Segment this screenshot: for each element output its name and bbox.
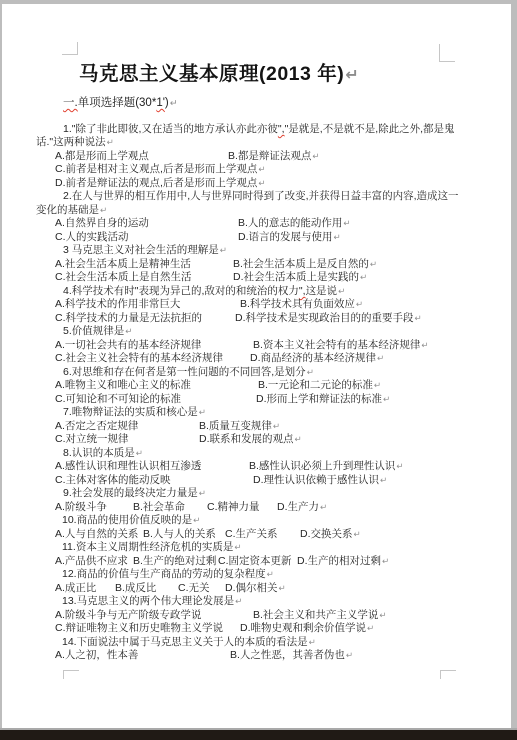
text-run: 11.资本主义周期性经济危机的实质是	[62, 541, 233, 553]
text-run: A.自然界自身的运动	[55, 217, 149, 229]
paragraph-mark-icon: ↵	[199, 488, 206, 498]
text-run: C.社会主义社会特有的基本经济规律	[55, 352, 223, 364]
option-line: A.社会生活本质上是精神生活B.社会生活本质上是反自然的↵	[0, 256, 517, 270]
text-run: D.联系和发展的观点	[199, 433, 294, 445]
text-segment: D.商品经济的基本经济规律↵	[250, 350, 384, 365]
text-segment: 13.马克思主义的两个伟大理论发展是↵	[62, 593, 242, 608]
paragraph-mark-icon: ↵	[267, 569, 274, 579]
paragraph-mark-icon: ↵	[125, 326, 132, 336]
paragraph-mark-icon: ↵	[354, 529, 361, 539]
paragraph-mark-icon: ↵	[295, 434, 302, 444]
paragraph-mark-icon: ↵	[346, 650, 353, 660]
option-line: A.自然界自身的运动B.人的意志的能动作用↵	[0, 215, 517, 229]
continuation-line: 话."这两种说法↵	[0, 134, 517, 148]
question-line: 9.社会发展的最终决定力量是↵	[0, 485, 517, 499]
option-line: C.社会主义社会特有的基本经济规律D.商品经济的基本经济规律↵	[0, 350, 517, 364]
paragraph-mark-icon: ↵	[374, 380, 381, 390]
window-right-edge	[511, 4, 517, 729]
paragraph-mark-icon: ↵	[100, 205, 107, 215]
text-segment: B.科学技术具有负面效应↵	[240, 296, 363, 311]
paragraph-mark-icon: ↵	[307, 367, 314, 377]
text-segment: 2.在人与世界的相互作用中,人与世界同时得到了改变,并获得日益丰富的内容,造成这…	[63, 188, 459, 203]
text-segment: B.人的意志的能动作用↵	[238, 215, 351, 230]
text-run: 10.商品的使用价值反映的是	[62, 514, 192, 526]
paragraph-mark-icon: ↵	[258, 164, 265, 174]
question-line: 3 马克思主义对社会生活的理解是↵	[0, 242, 517, 256]
paragraph-mark-icon: ↵	[312, 151, 319, 161]
text-segment: B.一元论和二元论的标准↵	[258, 377, 381, 392]
text-run: B.感性认识必须上升到理性认识	[249, 460, 395, 472]
paragraph-mark-icon: ↵	[367, 623, 374, 633]
option-line: A.唯物主义和唯心主义的标准B.一元论和二元论的标准↵	[0, 377, 517, 391]
question-line: 14.下面说法中属于马克思主义关于人的本质的看法是↵	[0, 634, 517, 648]
text-run: 7.唯物辩证法的实质和核心是	[63, 406, 198, 418]
paragraph-mark-icon: ↵	[356, 299, 363, 309]
text-run: C.辩证唯物主义和历史唯物主义学说	[55, 622, 223, 634]
question-line: 1."除了非此即彼,又在适当的地方承认亦此亦彼","是就是,不是就不是,除此之外…	[0, 121, 517, 135]
paragraph-mark-icon: ↵	[338, 286, 345, 296]
paragraph-mark-icon: ↵	[343, 218, 350, 228]
text-segment: D.社会生活本质上是实践的↵	[233, 269, 367, 284]
paragraph-mark-icon: ↵	[199, 407, 206, 417]
option-line: A.人与自然的关系B.人与人的关系C.生产关系D.交换关系↵	[0, 526, 517, 540]
paragraph-mark-icon: ↵	[309, 637, 316, 647]
paragraph-mark-icon: ↵	[334, 232, 341, 242]
text-run: 2.在人与世界的相互作用中,人与世界同时得到了改变,并获得日益丰富的内容,造成这…	[63, 190, 459, 202]
text-run: A.感性认识和理性认识相互渗透	[55, 460, 201, 472]
option-line: D.前者是辩证法的观点,后者是形而上学观点↵	[0, 175, 517, 189]
question-line: 5.价值规律是↵	[0, 323, 517, 337]
text-run: B.一元论和二元论的标准	[258, 379, 373, 391]
option-line: A.人之初，性本善B.人之性恶，其善者伪也↵	[0, 647, 517, 661]
option-line: C.科学技术的力量是无法抗拒的D.科学技术是实现政治目的的重要手段↵	[0, 310, 517, 324]
option-line: A.阶级斗争B.社会革命C.精神力量D.生产力↵	[0, 499, 517, 513]
page-canvas[interactable]: 马克思主义基本原理(2013 年)↵一.单项选择题(30*1')↵1."除了非此…	[0, 0, 517, 740]
text-run: B.科学技术具有负面效应	[240, 298, 355, 310]
option-line: C.对立统一规律D.联系和发展的观点↵	[0, 431, 517, 445]
paragraph-mark-icon: ↵	[193, 515, 200, 525]
text-segment: C.对立统一规律	[55, 431, 129, 446]
text-segment: C.社会生活本质上是自然生活	[55, 269, 192, 284]
spellcheck-squiggle: 1'	[156, 97, 165, 109]
text-run: A.科学技术的作用非常巨大	[55, 298, 180, 310]
text-segment: 马克思主义基本原理(2013 年)↵	[79, 58, 359, 86]
paragraph-mark-icon: ↵	[170, 97, 178, 108]
paragraph-mark-icon: ↵	[279, 583, 286, 593]
option-line: A.都是形而上学观点B.都是辩证法观点↵	[0, 148, 517, 162]
text-segment: 5.价值规律是↵	[63, 323, 132, 338]
paragraph-mark-icon: ↵	[383, 394, 390, 404]
text-segment: C.辩证唯物主义和历史唯物主义学说	[55, 620, 223, 635]
paragraph-mark-icon: ↵	[370, 259, 377, 269]
crop-mark-bottom-left	[63, 670, 79, 679]
paragraph-mark-icon: ↵	[360, 272, 367, 282]
text-run: 马克思主义基本原理(2013 年)	[79, 63, 344, 85]
paragraph-mark-icon: ↵	[107, 137, 114, 147]
spellcheck-squiggle: 一.	[63, 97, 78, 109]
question-line: 7.唯物辩证法的实质和核心是↵	[0, 404, 517, 418]
text-run: D.唯物史观和剩余价值学说	[240, 622, 366, 634]
option-line: A.一切社会共有的基本经济规律B.资本主义社会特有的基本经济规律↵	[0, 337, 517, 351]
question-line: 4.科学技术有时"表现为异己的,敌对的和统治的权力",这是说↵	[0, 283, 517, 297]
text-segment: 9.社会发展的最终决定力量是↵	[63, 485, 206, 500]
text-segment: B.人之性恶，其善者伪也↵	[230, 647, 353, 662]
option-line: C.人的实践活动D.语言的发展与使用↵	[0, 229, 517, 243]
text-run: D.社会生活本质上是实践的	[233, 271, 359, 283]
text-segment: D.联系和发展的观点↵	[199, 431, 302, 446]
text-segment: 7.唯物辩证法的实质和核心是↵	[63, 404, 206, 419]
paragraph-mark-icon: ↵	[220, 245, 227, 255]
option-line: A.阶级斗争与无产阶级专政学说B.社会主义和共产主义学说↵	[0, 607, 517, 621]
text-run: C.社会生活本质上是自然生活	[55, 271, 192, 283]
text-run: 13.马克思主义的两个伟大理论发展是	[62, 595, 234, 607]
crop-mark-bottom-right	[440, 670, 456, 679]
text-run: 5.价值规律是	[63, 325, 124, 337]
option-line: A.否定之否定规律B.质量互变规律↵	[0, 418, 517, 432]
paragraph-mark-icon: ↵	[377, 353, 384, 363]
section-heading: 一.单项选择题(30*1')↵	[0, 94, 517, 108]
option-line: A.科学技术的作用非常巨大B.科学技术具有负面效应↵	[0, 296, 517, 310]
text-segment: 3 马克思主义对社会生活的理解是↵	[63, 242, 227, 257]
text-run: A.唯物主义和唯心主义的标准	[55, 379, 191, 391]
text-segment: A.唯物主义和唯心主义的标准	[55, 377, 191, 392]
option-line: A.产品供不应求B.生产的绝对过剩C.固定资本更新D.生产的相对过剩↵	[0, 553, 517, 567]
text-run: 单项选择题(30*	[78, 97, 157, 109]
text-segment: C.前者是相对主义观点,后者是形而上学观点↵	[55, 161, 266, 176]
crop-mark-top-left	[62, 42, 78, 55]
text-segment: 10.商品的使用价值反映的是↵	[62, 512, 200, 527]
paragraph-mark-icon: ↵	[258, 178, 265, 188]
paragraph-mark-icon: ↵	[320, 502, 327, 512]
text-segment: C.社会主义社会特有的基本经济规律	[55, 350, 223, 365]
text-run: 话."这两种说法	[36, 136, 106, 148]
option-line: C.前者是相对主义观点,后者是形而上学观点↵	[0, 161, 517, 175]
paragraph-mark-icon: ↵	[235, 596, 242, 606]
text-segment: B.感性认识必须上升到理性认识↵	[249, 458, 404, 473]
question-line: 13.马克思主义的两个伟大理论发展是↵	[0, 593, 517, 607]
option-line: C.可知论和不可知论的标准D.形而上学和辩证法的标准↵	[0, 391, 517, 405]
text-run: B.人的意志的能动作用	[238, 217, 342, 229]
text-segment: A.感性认识和理性认识相互渗透	[55, 458, 201, 473]
text-segment: A.自然界自身的运动	[55, 215, 149, 230]
crop-mark-top-right	[439, 44, 455, 62]
question-line: 10.商品的使用价值反映的是↵	[0, 512, 517, 526]
text-segment: 话."这两种说法↵	[36, 134, 114, 149]
paragraph-mark-icon: ↵	[379, 610, 386, 620]
window-top-edge	[0, 0, 517, 4]
paragraph-mark-icon: ↵	[380, 475, 387, 485]
paragraph-mark-icon: ↵	[382, 556, 389, 566]
text-run: C.前者是相对主义观点,后者是形而上学观点	[55, 163, 257, 175]
option-line: C.社会生活本质上是自然生活D.社会生活本质上是实践的↵	[0, 269, 517, 283]
text-run: A.人之初，性本善	[55, 649, 138, 661]
continuation-line: 变化的基础是↵	[0, 202, 517, 216]
question-line: 8.认识的本质是↵	[0, 445, 517, 459]
option-line: A.成正比B.成反比C.无关D.偶尔相关↵	[0, 580, 517, 594]
text-run: D.商品经济的基本经济规律	[250, 352, 376, 364]
paragraph-mark-icon: ↵	[345, 67, 359, 84]
text-run: C.对立统一规律	[55, 433, 129, 445]
paragraph-mark-icon: ↵	[421, 340, 428, 350]
text-run: )	[165, 97, 169, 109]
paragraph-mark-icon: ↵	[396, 461, 403, 471]
text-segment: 11.资本主义周期性经济危机的实质是↵	[62, 539, 242, 554]
option-line: C.辩证唯物主义和历史唯物主义学说D.唯物史观和剩余价值学说↵	[0, 620, 517, 634]
text-segment: A.人之初，性本善	[55, 647, 138, 662]
question-line: 11.资本主义周期性经济危机的实质是↵	[0, 539, 517, 553]
page-gap-dark-bar	[0, 730, 517, 740]
option-line: A.感性认识和理性认识相互渗透B.感性认识必须上升到理性认识↵	[0, 458, 517, 472]
window-left-edge	[0, 4, 2, 729]
option-line: C.主体对客体的能动反映D.理性认识依赖于感性认识↵	[0, 472, 517, 486]
text-run: B.人之性恶，其善者伪也	[230, 649, 345, 661]
text-segment: A.科学技术的作用非常巨大	[55, 296, 180, 311]
text-segment: D.唯物史观和剩余价值学说↵	[240, 620, 374, 635]
paragraph-mark-icon: ↵	[136, 448, 143, 458]
text-run: 3 马克思主义对社会生活的理解是	[63, 244, 219, 256]
paragraph-mark-icon: ↵	[234, 542, 241, 552]
question-line: 6.对思维和存在何者是第一性问题的不同回答,是划分↵	[0, 364, 517, 378]
text-run: 9.社会发展的最终决定力量是	[63, 487, 198, 499]
question-line: 12.商品的价值与生产商品的劳动的复杂程度↵	[0, 566, 517, 580]
paragraph-mark-icon: ↵	[273, 421, 280, 431]
text-segment: 12.商品的价值与生产商品的劳动的复杂程度↵	[62, 566, 274, 581]
text-segment: 一.单项选择题(30*1')↵	[63, 94, 178, 110]
question-line: 2.在人与世界的相互作用中,人与世界同时得到了改变,并获得日益丰富的内容,造成这…	[0, 188, 517, 202]
paragraph-mark-icon: ↵	[415, 313, 422, 323]
text-run: 12.商品的价值与生产商品的劳动的复杂程度	[62, 568, 266, 580]
